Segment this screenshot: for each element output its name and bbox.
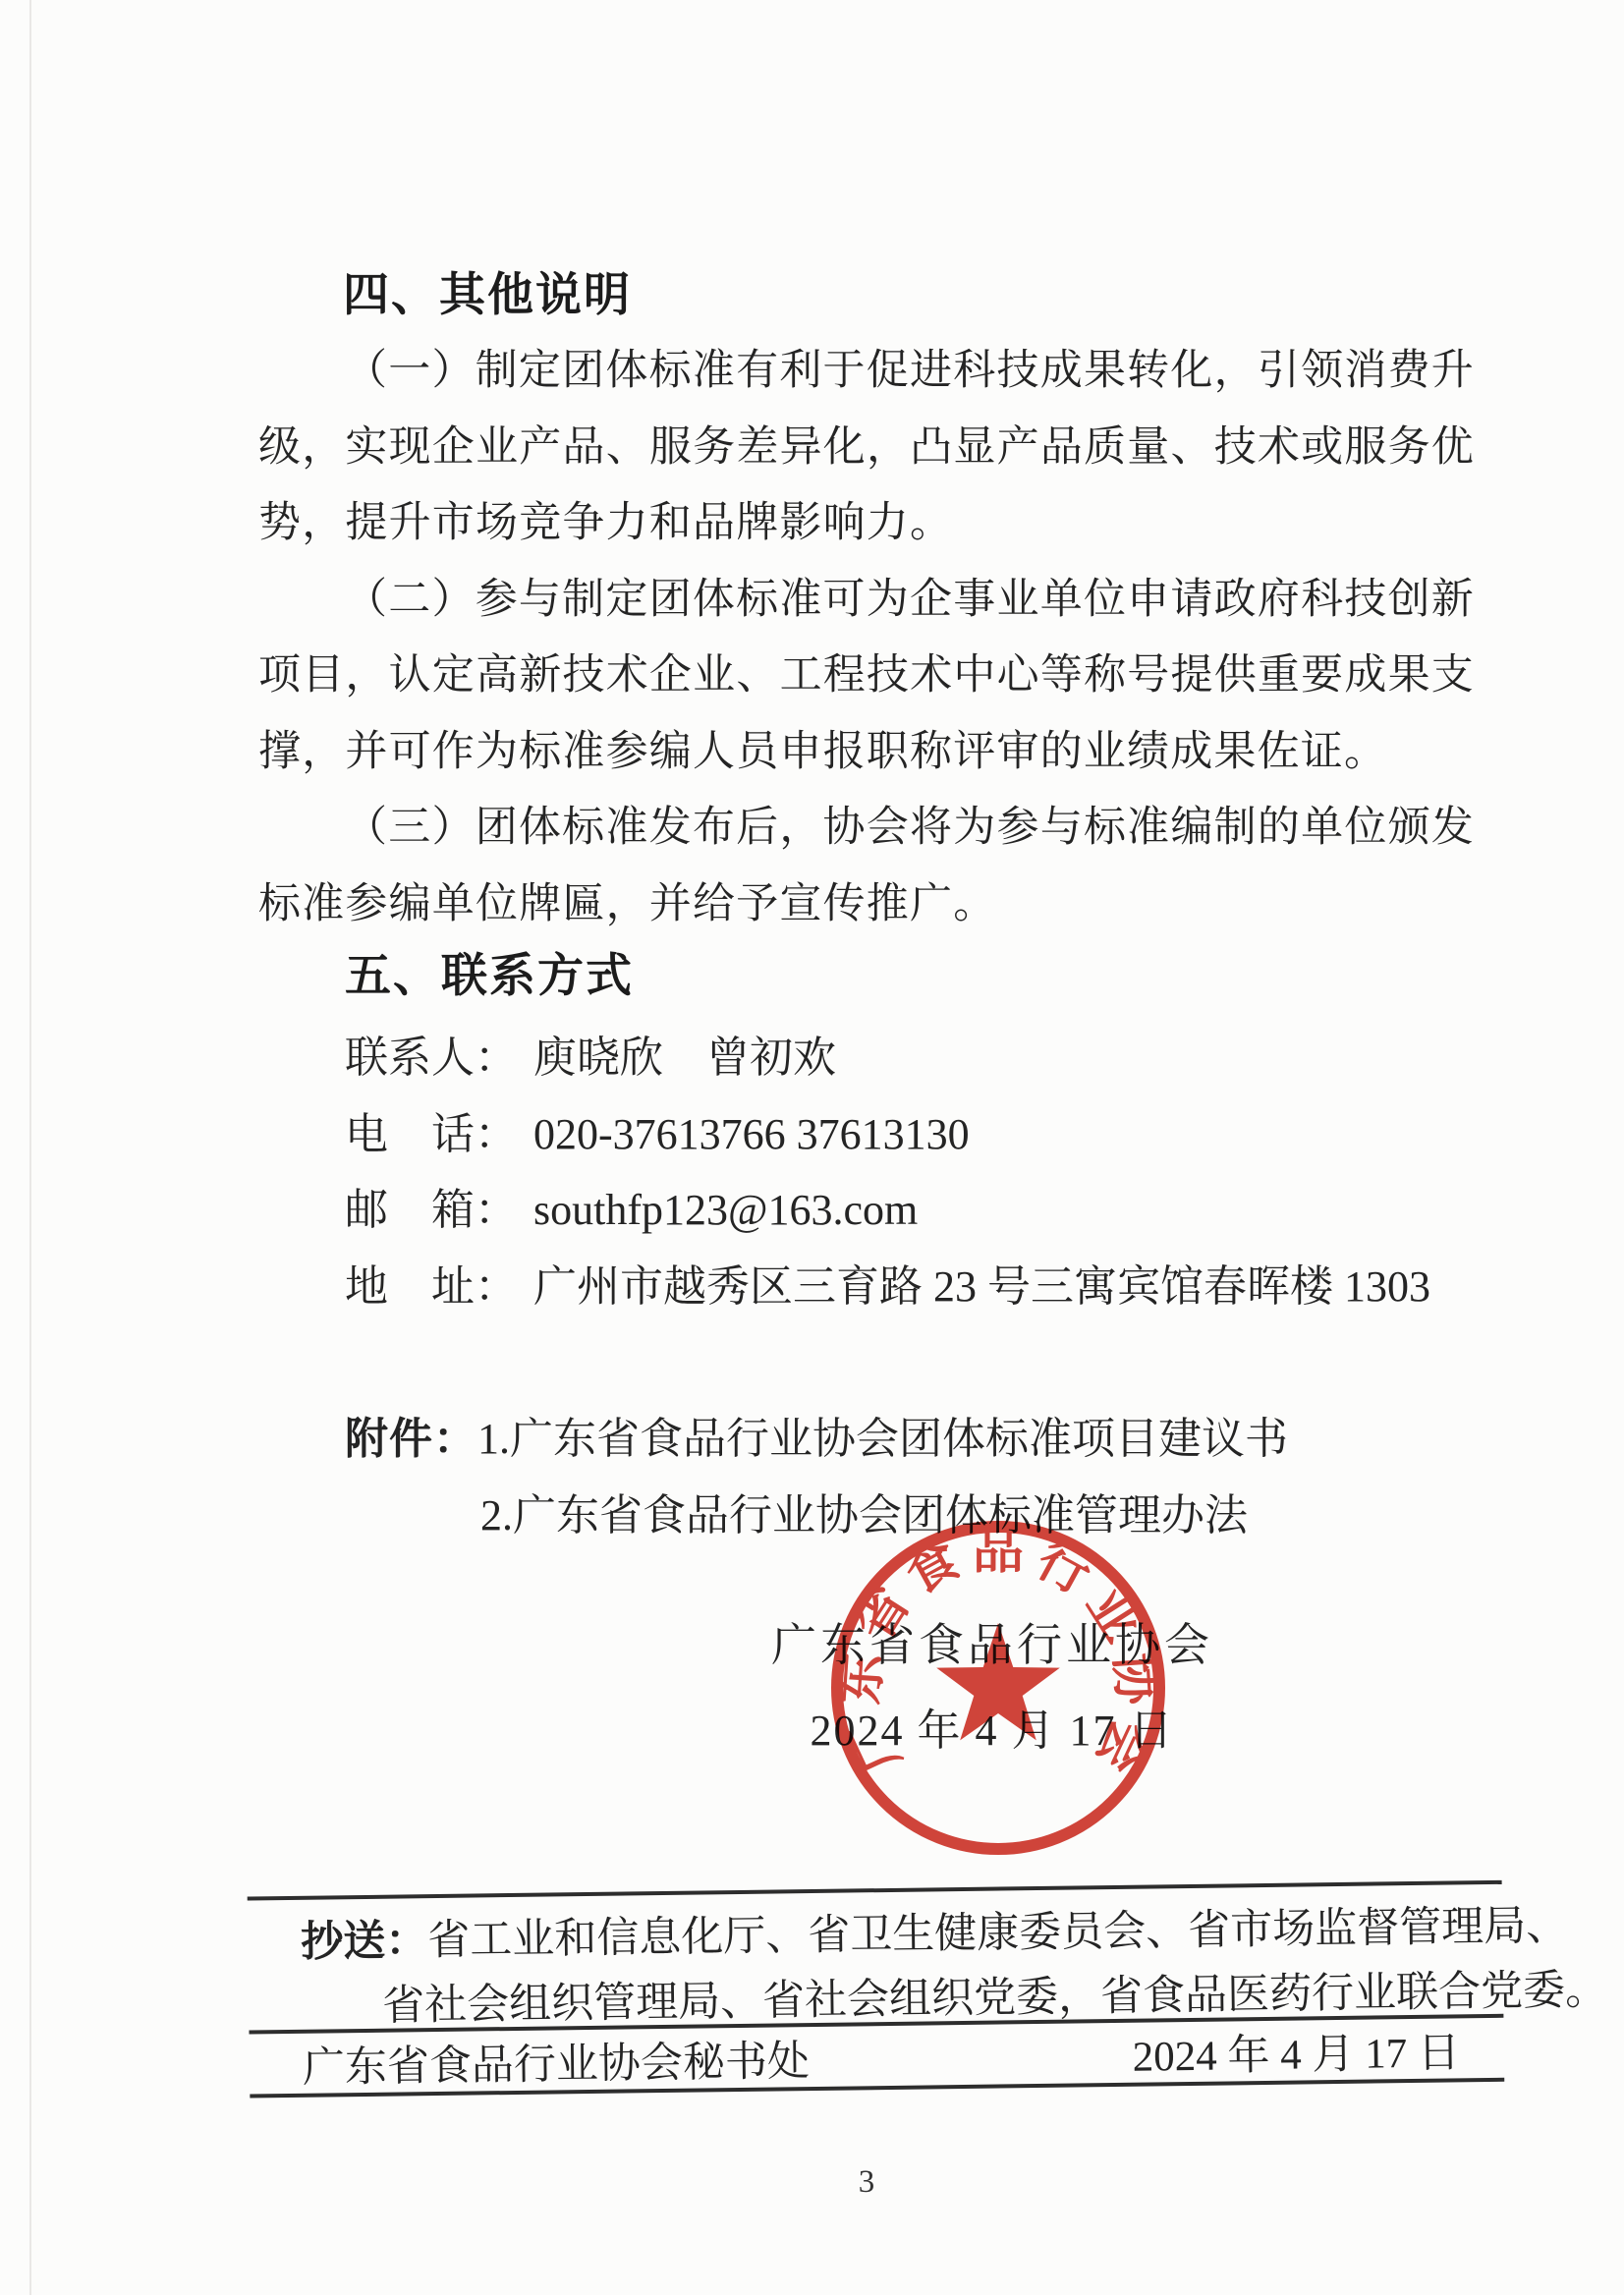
attachment-line-1: 附件：1.广东省食品行业协会团体标准项目建议书 [345, 1401, 1288, 1478]
paragraph-2: （二）参与制定团体标准可为企事业单位申请政府科技创新项目，认定高新技术企业、工程… [258, 562, 1475, 791]
attachment-item-1: 1.广东省食品行业协会团体标准项目建议书 [477, 1415, 1288, 1463]
document-page: 四、其他说明 （一）制定团体标准有利于促进科技成果转化，引领消费升级，实现企业产… [0, 0, 1624, 2295]
seal-graphics: 广 东 省 食 品 行 业 协 会 [832, 1524, 1165, 1849]
seal-char: 广 [838, 1710, 912, 1781]
seal-char: 品 [973, 1524, 1024, 1580]
official-seal: 广 东 省 食 品 行 业 协 会 [823, 1513, 1173, 1863]
cc-recipients-1: 省工业和信息化厅、省卫生健康委员会、省市场监督管理局、 [427, 1903, 1569, 1964]
email-label: 邮 箱： [345, 1186, 518, 1234]
address-label: 地 址： [345, 1262, 518, 1311]
phone-line: 电 话：020-37613766 37613130 [345, 1096, 1430, 1173]
footer-block: 抄送：省工业和信息化厅、省卫生健康委员会、省市场监督管理局、 省社会组织管理局、… [248, 1880, 1505, 2103]
section4-body: （一）制定团体标准有利于促进科技成果转化，引领消费升级，实现企业产品、服务差异化… [258, 333, 1475, 942]
phone-value: 020-37613766 37613130 [533, 1110, 970, 1158]
seal-star-icon [936, 1623, 1060, 1740]
attachments-label: 附件： [345, 1415, 477, 1463]
scanner-edge-artifact [29, 0, 31, 2295]
contact-info: 联系人：庾晓欣 曾初欢 电 话：020-37613766 37613130 邮 … [345, 1020, 1430, 1324]
paragraph-1: （一）制定团体标准有利于促进科技成果转化，引领消费升级，实现企业产品、服务差异化… [258, 333, 1475, 562]
seal-char: 食 [896, 1531, 969, 1605]
section5-heading: 五、联系方式 [345, 952, 634, 998]
seal-char: 会 [1086, 1710, 1159, 1781]
seal-char: 省 [845, 1578, 921, 1651]
issuer-office: 广东省食品行业协会秘书处 [303, 2041, 811, 2090]
seal-char: 东 [832, 1651, 892, 1707]
footer-top-rule [248, 1880, 1502, 1901]
section4-heading: 四、其他说明 [343, 271, 632, 317]
cc-line-1: 抄送：省工业和信息化厅、省卫生健康委员会、省市场监督管理局、 [301, 1906, 1498, 1964]
page-number: 3 [837, 2166, 896, 2199]
seal-char: 业 [1076, 1578, 1150, 1651]
address-value: 广州市越秀区三育路 23 号三寓宾馆春晖楼 1303 [533, 1262, 1430, 1311]
phone-label: 电 话： [345, 1110, 518, 1158]
contact-person-label: 联系人： [345, 1034, 518, 1082]
seal-char: 行 [1028, 1531, 1100, 1605]
paragraph-3: （三）团体标准发布后，协会将为参与标准编制的单位颁发标准参编单位牌匾，并给予宣传… [258, 790, 1475, 942]
seal-char: 协 [1104, 1651, 1164, 1708]
issue-date: 2024 年 4 月 17 日 [1132, 2032, 1460, 2078]
contact-person-value: 庾晓欣 曾初欢 [533, 1034, 836, 1082]
contact-person-line: 联系人：庾晓欣 曾初欢 [345, 1020, 1430, 1096]
cc-label: 抄送： [301, 1917, 428, 1966]
email-line: 邮 箱：southfp123@163.com [345, 1172, 1430, 1249]
address-line: 地 址：广州市越秀区三育路 23 号三寓宾馆春晖楼 1303 [345, 1249, 1430, 1325]
email-value: southfp123@163.com [533, 1186, 918, 1234]
